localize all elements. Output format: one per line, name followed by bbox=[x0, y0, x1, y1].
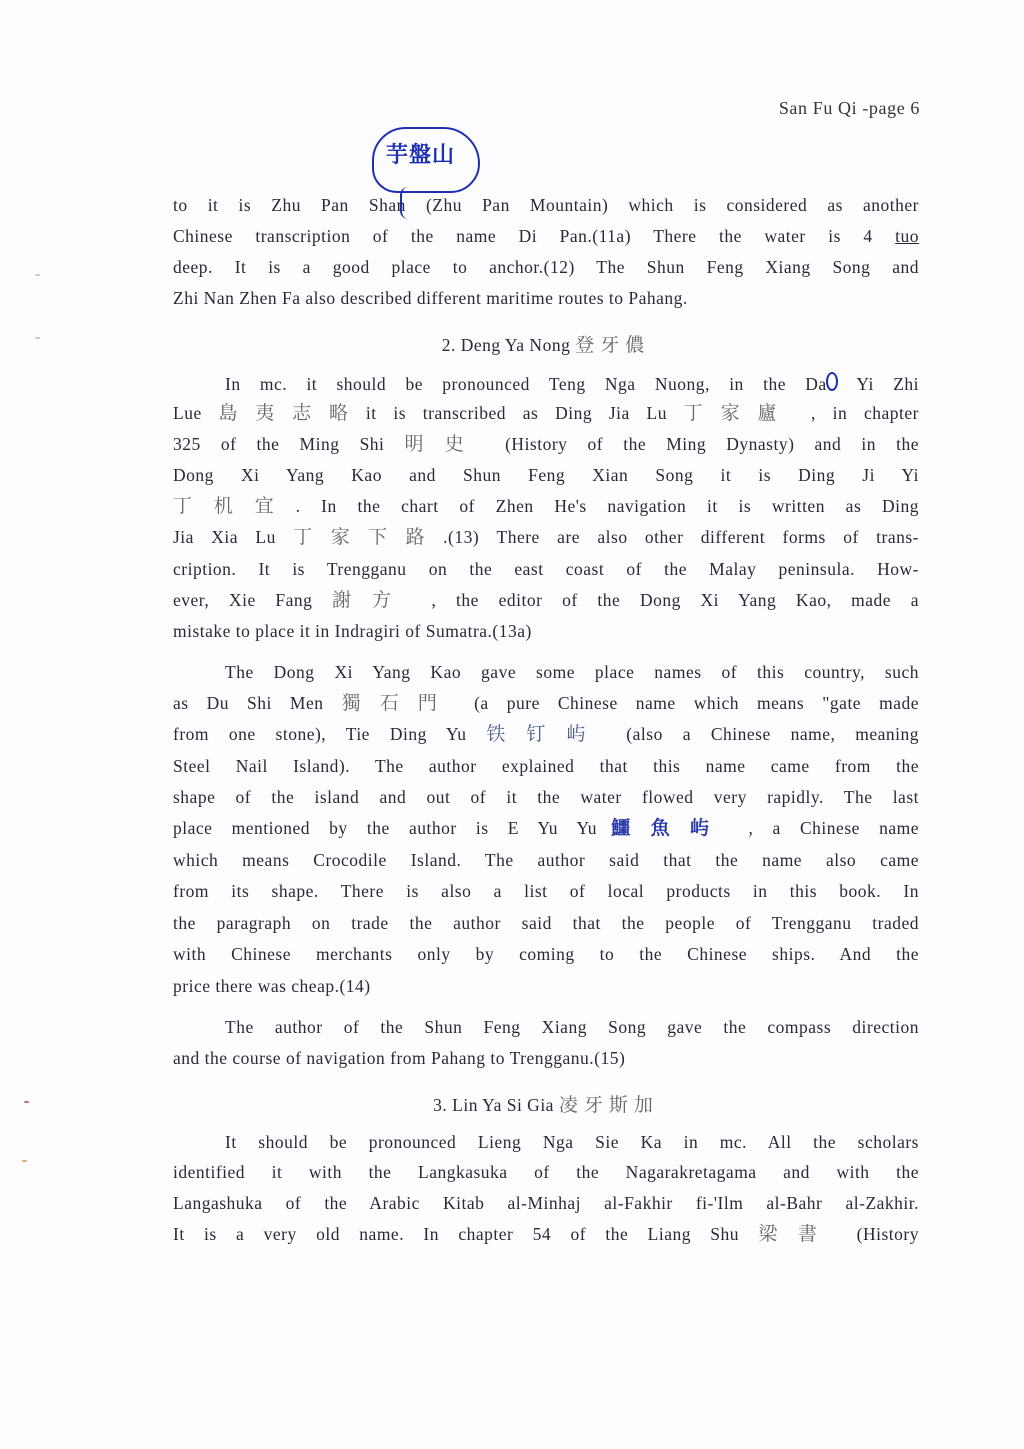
paragraph-3-line-8: from its shape. There is also a list of … bbox=[173, 880, 919, 902]
paragraph-2-line-7: cription. It is Trengganu on the east co… bbox=[173, 558, 919, 580]
paragraph-5-line-3: Langashuka of the Arabic Kitab al-Minhaj… bbox=[173, 1192, 919, 1214]
paragraph-4-line-2: and the course of navigation from Pahang… bbox=[173, 1047, 919, 1069]
margin-mark bbox=[22, 1160, 27, 1162]
paragraph-2-line-4: Dong Xi Yang Kao and Shun Feng Xian Song… bbox=[173, 464, 919, 486]
paragraph-3-line-9: the paragraph on trade the author said t… bbox=[173, 912, 919, 934]
paragraph-3-line-2: as Du Shi Men 獨石門 (a pure Chinese name w… bbox=[173, 692, 919, 714]
section-2-heading: 2. Deng Ya Nong 登牙儂 bbox=[173, 334, 919, 356]
paragraph-2-line-8: ever, Xie Fang 謝方 , the editor of the Do… bbox=[173, 589, 919, 611]
paragraph-4-line-1: The author of the Shun Feng Xiang Song g… bbox=[173, 1016, 919, 1038]
paragraph-2-line-1: In mc. it should be pronounced Teng Nga … bbox=[173, 372, 919, 395]
paragraph-5-line-4: It is a very old name. In chapter 54 of … bbox=[173, 1223, 919, 1245]
paragraph-3-line-11: price there was cheap.(14) bbox=[173, 975, 919, 997]
page-header: San Fu Qi -page 6 bbox=[779, 98, 920, 119]
underlined-unit: tuo bbox=[895, 226, 919, 246]
paragraph-3-line-1: The Dong Xi Yang Kao gave some place nam… bbox=[173, 661, 919, 683]
paragraph-3-line-7: which means Crocodile Island. The author… bbox=[173, 849, 919, 871]
margin-mark bbox=[35, 337, 40, 339]
paragraph-3-line-10: with Chinese merchants only by coming to… bbox=[173, 943, 919, 965]
handwritten-o-correction bbox=[826, 372, 838, 391]
paragraph-2-line-6: Jia Xia Lu 丁家下路.(13) There are also othe… bbox=[173, 526, 919, 548]
paragraph-2-line-3: 325 of the Ming Shi 明史 (History of the M… bbox=[173, 433, 919, 455]
paragraph-3-line-6: place mentioned by the author is E Yu Yu… bbox=[173, 817, 919, 839]
section-3-chinese: 凌牙斯加 bbox=[559, 1094, 659, 1116]
paragraph-5-line-2: identified it with the Langkasuka of the… bbox=[173, 1161, 919, 1183]
paragraph-5-line-1: It should be pronounced Lieng Nga Sie Ka… bbox=[173, 1131, 919, 1153]
section-3-heading: 3. Lin Ya Si Gia 凌牙斯加 bbox=[173, 1094, 919, 1116]
paragraph-1-line-1: to it is Zhu Pan Shan (Zhu Pan Mountain)… bbox=[173, 194, 919, 216]
paragraph-3-line-3: from one stone), Tie Ding Yu 铁钉屿 (also a… bbox=[173, 723, 919, 745]
document-page: San Fu Qi -page 6 芋盤山 to it is Zhu Pan S… bbox=[0, 0, 1024, 1449]
margin-mark bbox=[24, 1101, 29, 1103]
paragraph-1-line-2: Chinese transcription of the name Di Pan… bbox=[173, 225, 919, 247]
paragraph-3-line-5: shape of the island and out of it the wa… bbox=[173, 786, 919, 808]
paragraph-2-line-9: mistake to place it in Indragiri of Suma… bbox=[173, 620, 919, 642]
paragraph-1-line-4: Zhi Nan Zhen Fa also described different… bbox=[173, 287, 919, 309]
paragraph-1-line-3: deep. It is a good place to anchor.(12) … bbox=[173, 256, 919, 278]
paragraph-2-line-5: 丁机宜. In the chart of Zhen He's navigatio… bbox=[173, 495, 919, 517]
section-2-chinese: 登牙儂 bbox=[575, 334, 650, 356]
margin-mark bbox=[35, 274, 40, 276]
paragraph-2-line-2: Lue 島夷志略it is transcribed as Ding Jia Lu… bbox=[173, 402, 919, 424]
handwritten-annotation-text: 芋盤山 bbox=[386, 138, 455, 169]
paragraph-3-line-4: Steel Nail Island). The author explained… bbox=[173, 755, 919, 777]
